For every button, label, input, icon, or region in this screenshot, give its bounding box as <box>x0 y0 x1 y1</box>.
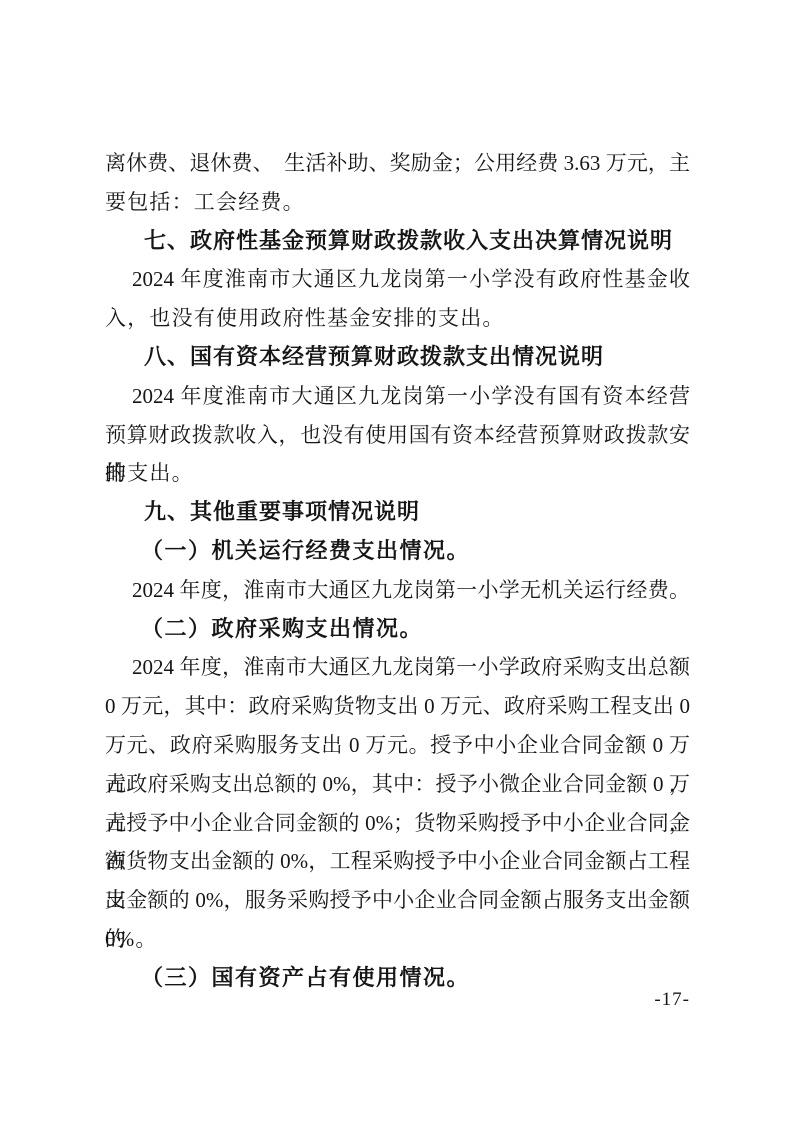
page-number: -17- <box>654 988 690 1012</box>
subheading-item-2: （二）政府采购支出情况。 <box>105 610 690 649</box>
paragraph-line: 0%。 <box>105 920 690 959</box>
paragraph-line: 2024 年度淮南市大通区九龙岗第一小学没有政府性基金收 <box>105 260 690 299</box>
heading-section-7: 七、政府性基金预算财政拨款收入支出决算情况说明 <box>105 222 690 261</box>
subheading-item-3: （三）国有资产占有使用情况。 <box>105 959 690 998</box>
paragraph-line: 占授予中小企业合同金额的 0%；货物采购授予中小企业合同金额 <box>105 804 690 843</box>
paragraph-line: 入，也没有使用政府性基金安排的支出。 <box>105 299 690 338</box>
paragraph-line: 2024 年度，淮南市大通区九龙岗第一小学政府采购支出总额 <box>105 648 690 687</box>
heading-section-9: 九、其他重要事项情况说明 <box>105 493 690 532</box>
paragraph-line: 出金额的 0%，服务采购授予中小企业合同金额占服务支出金额的 <box>105 881 690 920</box>
heading-section-8: 八、国有资本经营预算财政拨款支出情况说明 <box>105 338 690 377</box>
paragraph-line: 占货物支出金额的 0%，工程采购授予中小企业合同金额占工程支 <box>105 842 690 881</box>
paragraph-line: 0 万元，其中：政府采购货物支出 0 万元、政府采购工程支出 0 <box>105 687 690 726</box>
document-body: 离休费、退休费、 生活补助、奖励金；公用经费 3.63 万元，主 要包括：工会经… <box>105 144 690 998</box>
paragraph-line: 万元、政府采购服务支出 0 万元。授予中小企业合同金额 0 万元， <box>105 726 690 765</box>
paragraph-line: 的支出。 <box>105 454 690 493</box>
paragraph-line: 预算财政拨款收入，也没有使用国有资本经营预算财政拨款安排 <box>105 416 690 455</box>
paragraph-line: 离休费、退休费、 生活补助、奖励金；公用经费 3.63 万元，主 <box>105 144 690 183</box>
paragraph-line: 2024 年度，淮南市大通区九龙岗第一小学无机关运行经费。 <box>105 571 690 610</box>
paragraph-line: 占政府采购支出总额的 0%，其中：授予小微企业合同金额 0 万元， <box>105 765 690 804</box>
subheading-item-1: （一）机关运行经费支出情况。 <box>105 532 690 571</box>
paragraph-line: 要包括：工会经费。 <box>105 183 690 222</box>
paragraph-line: 2024 年度淮南市大通区九龙岗第一小学没有国有资本经营 <box>105 377 690 416</box>
document-page: 离休费、退休费、 生活补助、奖励金；公用经费 3.63 万元，主 要包括：工会经… <box>0 0 793 1122</box>
